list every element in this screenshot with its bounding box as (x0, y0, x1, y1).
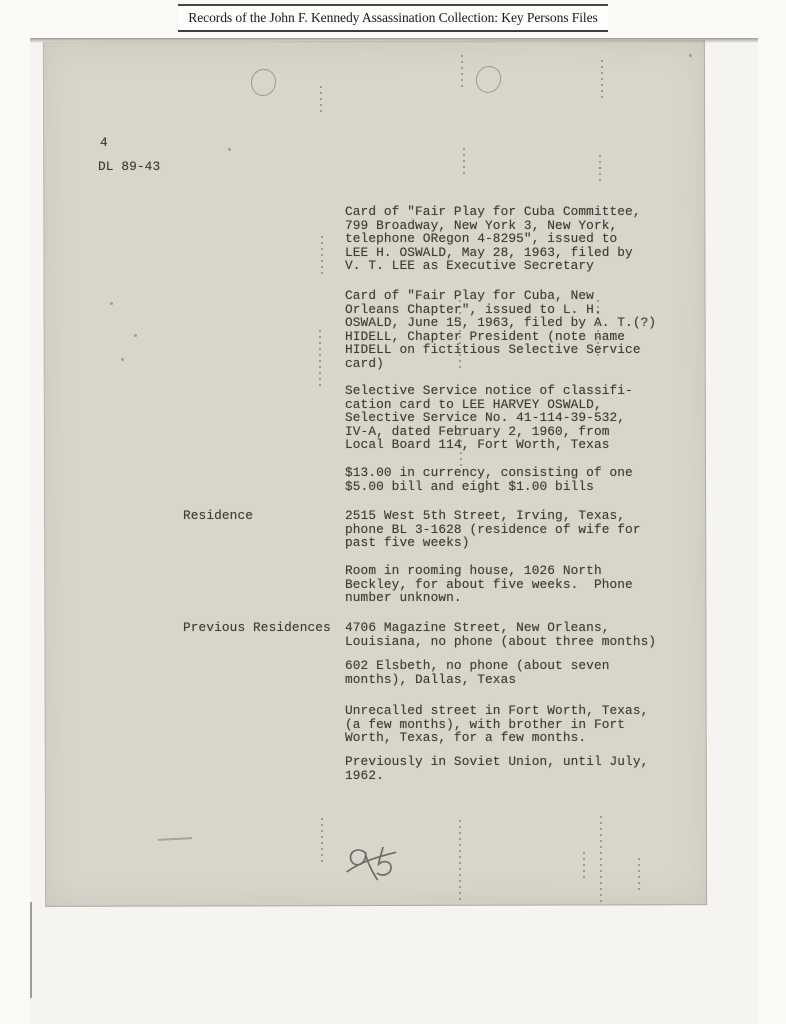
sheet-edge-line (30, 902, 32, 998)
scan-noise (638, 858, 640, 890)
paragraph-soviet-union: Previously in Soviet Union, until July, … (345, 755, 648, 782)
paragraph-currency: $13.00 in currency, consisting of one $5… (345, 466, 633, 493)
label-residence: Residence (183, 509, 253, 523)
scan-noise (121, 358, 124, 361)
paragraph-magazine-street: 4706 Magazine Street, New Orleans, Louis… (345, 621, 656, 648)
paragraph-residence-beckley: Room in rooming house, 1026 North Beckle… (345, 564, 633, 605)
scan-noise (461, 55, 463, 89)
scan-noise (228, 148, 231, 151)
collection-header-banner: Records of the John F. Kennedy Assassina… (178, 4, 608, 32)
scan-noise (600, 816, 602, 902)
scanned-document-page: Records of the John F. Kennedy Assassina… (0, 0, 786, 1024)
scan-edge-shadow (30, 38, 758, 43)
scan-noise (459, 300, 461, 370)
scan-noise (459, 820, 461, 904)
scan-noise (321, 236, 323, 278)
handwritten-95-icon (341, 840, 402, 892)
scan-noise (320, 86, 322, 114)
scan-noise (321, 818, 323, 862)
page-number: 4 (100, 136, 108, 150)
scan-noise (583, 852, 585, 880)
paragraph-residence-irving: 2515 West 5th Street, Irving, Texas, pho… (345, 509, 641, 550)
label-previous-residences: Previous Residences (183, 621, 331, 635)
paragraph-fpcc-committee-card: Card of "Fair Play for Cuba Committee, 7… (345, 205, 641, 273)
paragraph-fort-worth: Unrecalled street in Fort Worth, Texas, … (345, 704, 648, 745)
paragraph-elsbeth: 602 Elsbeth, no phone (about seven month… (345, 659, 610, 686)
scan-noise (134, 334, 137, 337)
scan-noise (599, 155, 601, 185)
paragraph-fpcc-new-orleans-card: Card of "Fair Play for Cuba, New Orleans… (345, 289, 656, 371)
scan-noise (689, 54, 692, 57)
scan-noise (110, 302, 113, 305)
collection-title: Records of the John F. Kennedy Assassina… (188, 10, 598, 26)
scan-noise (463, 148, 465, 176)
file-number: DL 89-43 (98, 160, 160, 174)
scan-noise (460, 428, 462, 468)
scan-noise (597, 300, 599, 360)
scan-noise (601, 60, 603, 98)
scan-noise (319, 330, 321, 386)
handwritten-page-number (341, 840, 402, 897)
paragraph-selective-service-card: Selective Service notice of classifi- ca… (345, 384, 633, 452)
